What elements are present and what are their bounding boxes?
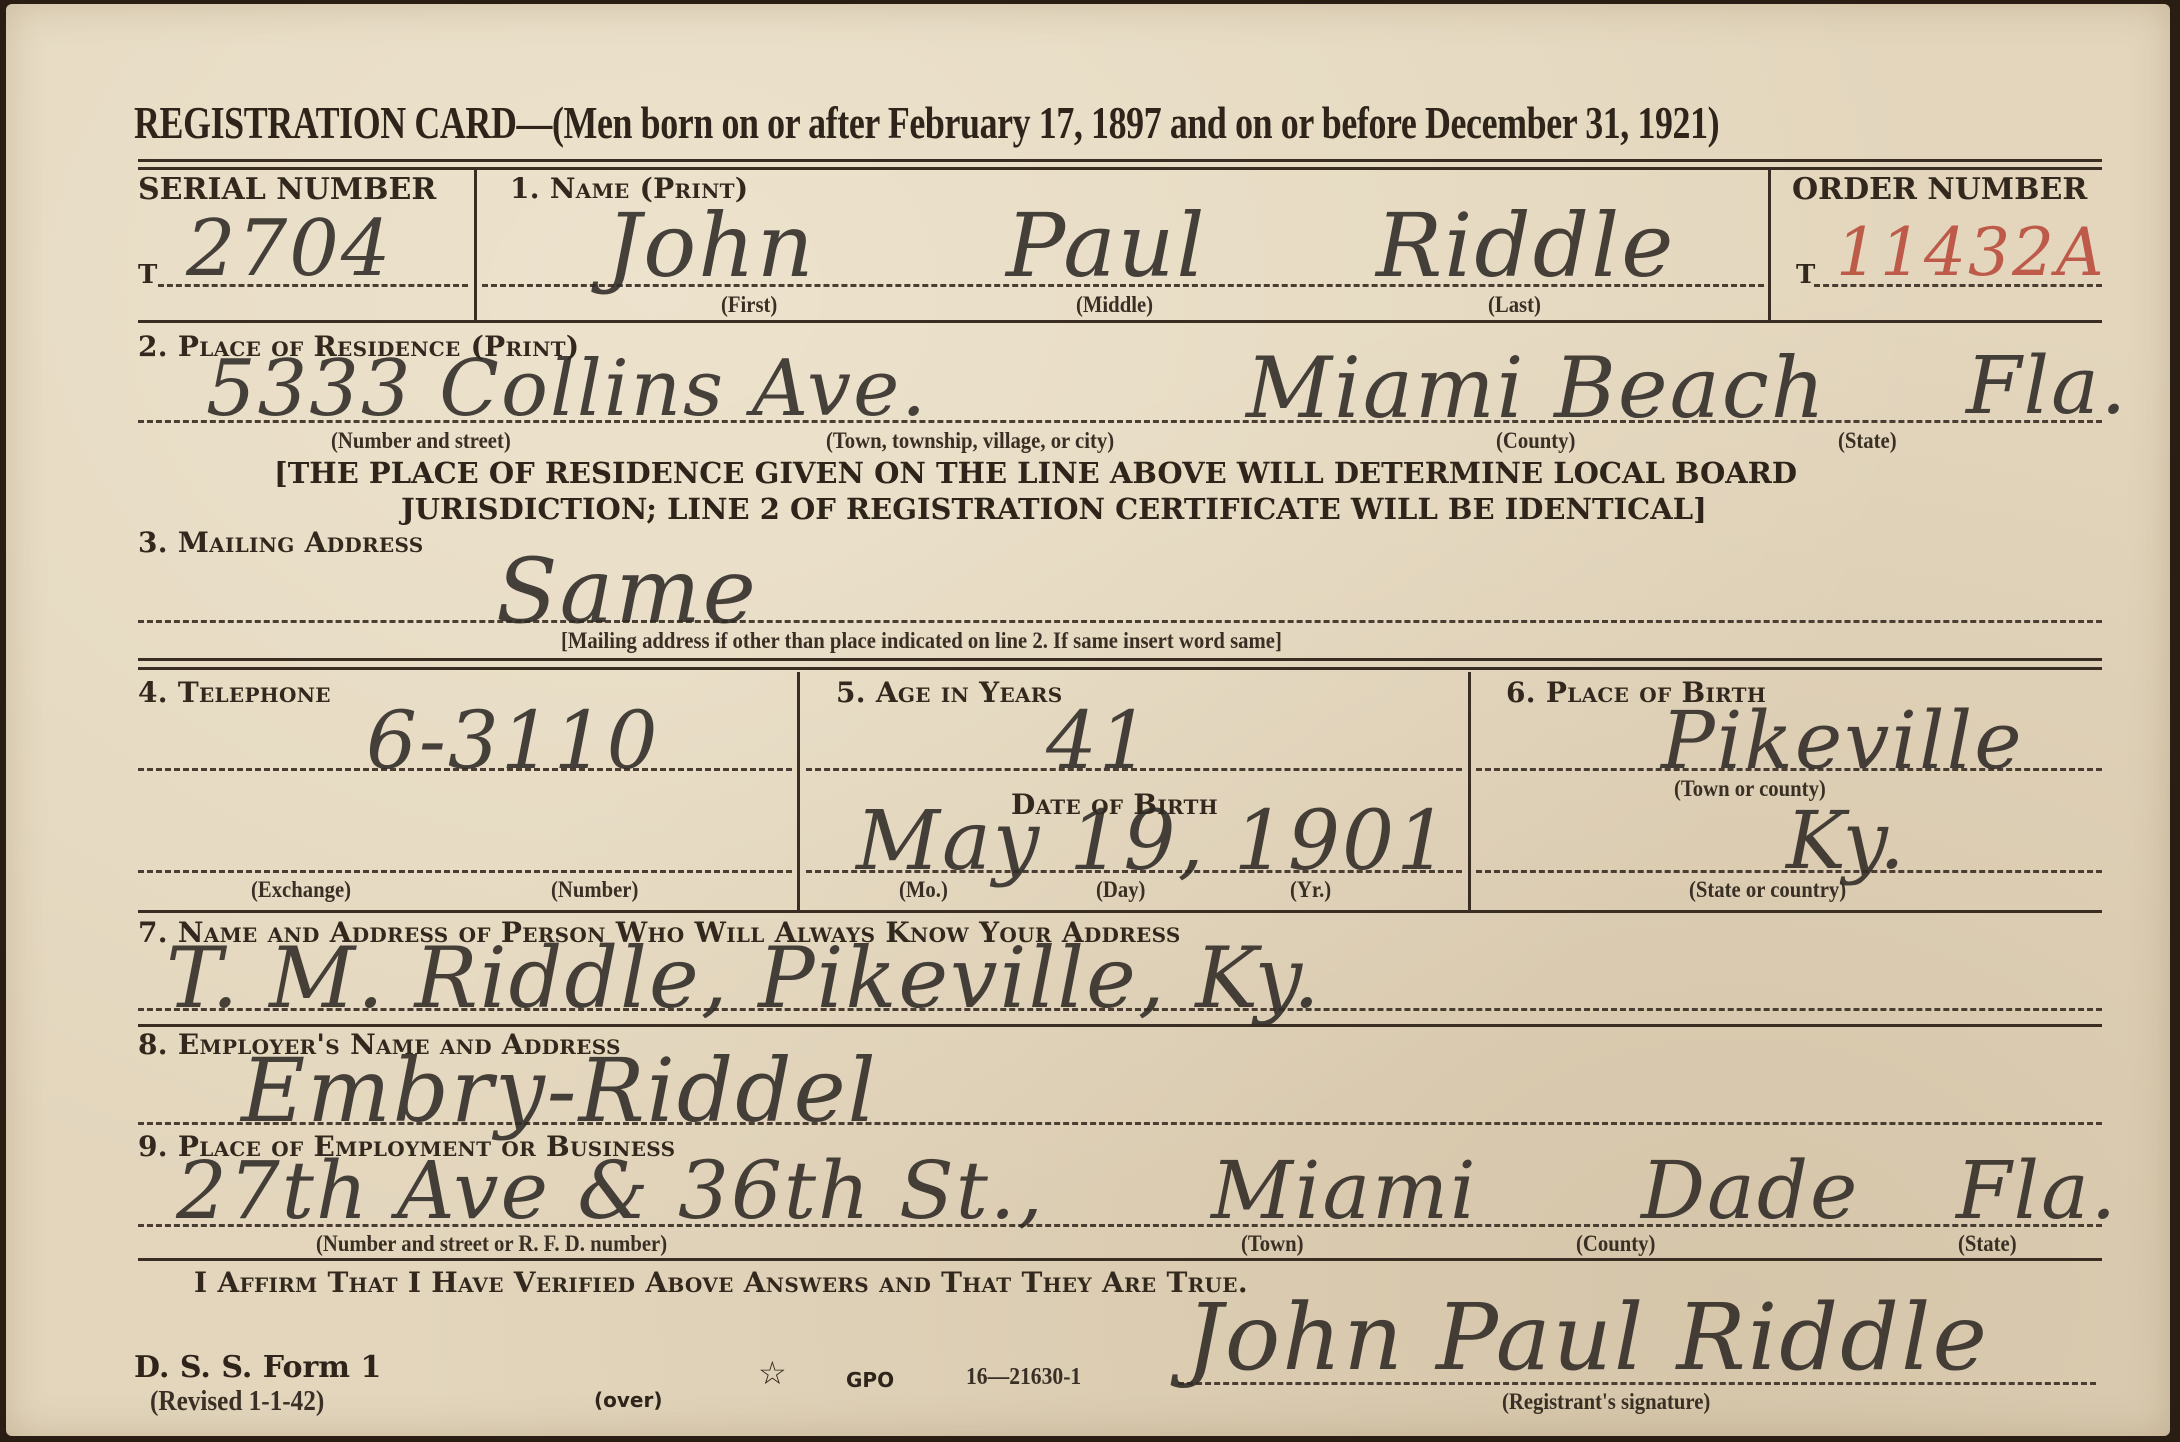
- contact-value[interactable]: T. M. Riddle, Pikeville, Ky.: [166, 929, 1322, 1027]
- mailing-address-caption: [Mailing address if other than place ind…: [561, 628, 1282, 654]
- telephone-label: 4. Telephone: [138, 676, 331, 709]
- last-name-caption: (Last): [1488, 292, 1541, 318]
- serial-prefix: T: [138, 260, 157, 290]
- registrant-signature[interactable]: John Paul Riddle: [1186, 1284, 1989, 1391]
- order-prefix: T: [1796, 260, 1815, 290]
- date-of-birth-value[interactable]: May 19, 1901: [856, 794, 1450, 889]
- residence-state-caption: (State): [1838, 428, 1897, 454]
- employment-state-value[interactable]: Fla.: [1956, 1144, 2118, 1237]
- employment-street-caption: (Number and street or R. F. D. number): [316, 1231, 667, 1257]
- card-title: REGISTRATION CARD—(Men born on or after …: [134, 96, 1719, 149]
- employment-county-caption: (County): [1576, 1231, 1655, 1257]
- dob-year-caption: (Yr.): [1290, 877, 1331, 903]
- form-name: D. S. S. Form 1: [134, 1350, 381, 1385]
- employment-county-value[interactable]: Dade: [1641, 1144, 1859, 1237]
- middle-name-caption: (Middle): [1076, 292, 1153, 318]
- over-note: (over): [594, 1388, 663, 1412]
- print-code: 16—21630-1: [966, 1364, 1081, 1391]
- serial-number-label: SERIAL NUMBER: [138, 172, 436, 207]
- row7-bottom-rule: [138, 1024, 2102, 1027]
- middle-name-value[interactable]: Paul: [1006, 194, 1207, 297]
- title-rule-top: [138, 159, 2102, 162]
- jurisdiction-notice-line2: JURISDICTION; LINE 2 OF REGISTRATION CER…: [401, 492, 1707, 526]
- telephone-second-line: [138, 870, 792, 873]
- telephone-value[interactable]: 6-3110: [366, 694, 660, 787]
- residence-county-caption: (County): [1496, 428, 1575, 454]
- residence-street-caption: (Number and street): [331, 428, 511, 454]
- employment-town-caption: (Town): [1241, 1231, 1304, 1257]
- form-revised: (Revised 1-1-42): [150, 1386, 324, 1418]
- divider-serial-name: [474, 170, 477, 320]
- row3-rule-top: [138, 658, 2102, 661]
- age-value[interactable]: 41: [1046, 694, 1152, 787]
- employment-street-value[interactable]: 27th Ave & 36th St.,: [176, 1144, 1045, 1237]
- divider-age-birthplace: [1468, 672, 1471, 910]
- dob-month-caption: (Mo.): [899, 877, 948, 903]
- last-name-value[interactable]: Riddle: [1376, 194, 1675, 297]
- star-icon: ☆: [758, 1354, 787, 1392]
- registration-card: REGISTRATION CARD—(Men born on or after …: [6, 4, 2170, 1436]
- first-name-caption: (First): [721, 292, 777, 318]
- residence-town-caption: (Town, township, village, or city): [826, 428, 1114, 454]
- birthplace-town-value[interactable]: Pikeville: [1661, 694, 2024, 787]
- employer-value[interactable]: Embry-Riddel: [241, 1039, 878, 1142]
- dob-day-caption: (Day): [1096, 877, 1145, 903]
- gpo-mark: GPO: [846, 1368, 894, 1392]
- jurisdiction-notice-line1: [THE PLACE OF RESIDENCE GIVEN ON THE LIN…: [274, 456, 1797, 490]
- mailing-address-label: 3. Mailing Address: [138, 526, 424, 559]
- row1-bottom-rule: [138, 320, 2102, 323]
- residence-street-value[interactable]: 5333 Collins Ave.: [206, 344, 928, 434]
- title-rule-bottom: [138, 167, 2102, 170]
- employment-town-value[interactable]: Miami: [1211, 1144, 1478, 1237]
- row3-rule-bottom: [138, 667, 2102, 670]
- divider-name-order: [1768, 170, 1771, 320]
- first-name-value[interactable]: John: [606, 194, 816, 297]
- row4-bottom-rule: [138, 910, 2102, 913]
- affirmation-text: I Affirm That I Have Verified Above Answ…: [194, 1266, 1248, 1299]
- mailing-line: [138, 620, 2102, 623]
- telephone-exchange-caption: (Exchange): [251, 877, 351, 903]
- employment-state-caption: (State): [1958, 1231, 2017, 1257]
- age-label: 5. Age in Years: [836, 676, 1062, 709]
- residence-town-value[interactable]: Miami Beach: [1246, 339, 1827, 437]
- telephone-number-caption: (Number): [551, 877, 638, 903]
- order-number-label: ORDER NUMBER: [1792, 172, 2087, 207]
- birthplace-state-value[interactable]: Ky.: [1786, 794, 1907, 887]
- serial-number-value[interactable]: 2704: [186, 204, 393, 294]
- divider-telephone-age: [797, 672, 800, 910]
- residence-state-value[interactable]: Fla.: [1966, 339, 2128, 432]
- row9-bottom-rule: [138, 1258, 2102, 1261]
- order-number-value[interactable]: 11432A: [1836, 214, 2106, 291]
- signature-caption: (Registrant's signature): [1502, 1389, 1710, 1415]
- birthplace-state-caption: (State or country): [1689, 877, 1846, 903]
